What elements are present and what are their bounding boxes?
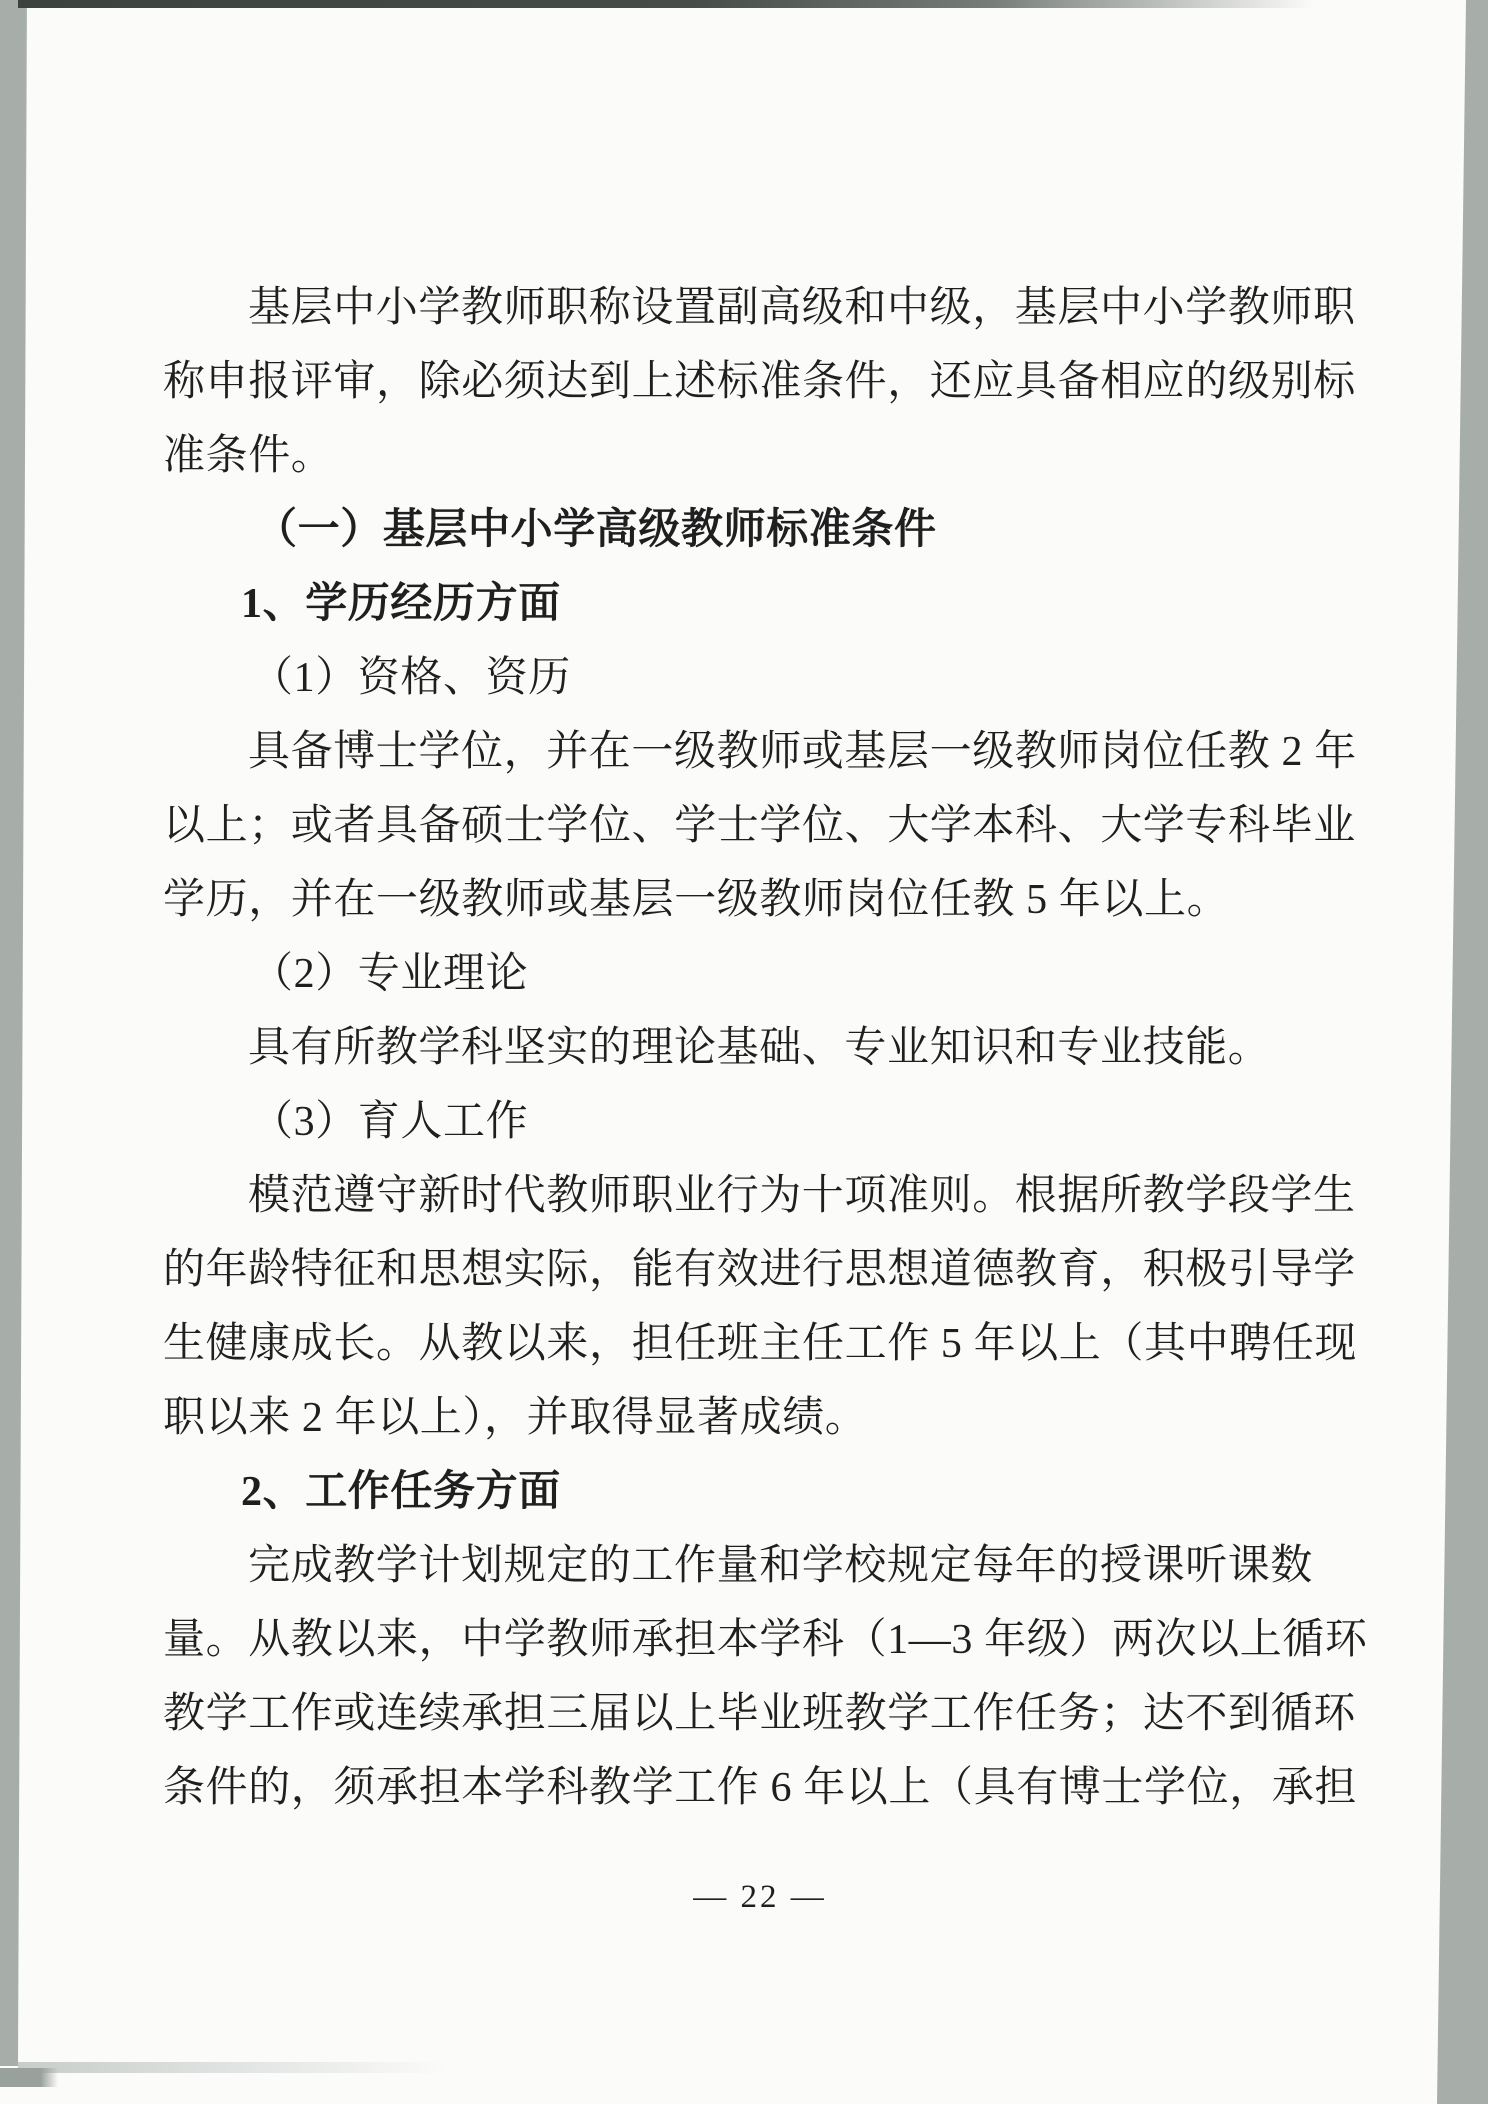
sub-heading: 1、学历经历方面 — [163, 567, 1318, 641]
document-body: 基层中小学教师职称设置副高级和中级，基层中小学教师职称申报评审，除必须达到上述标… — [163, 271, 1318, 1825]
section-heading: （一）基层中小学高级教师标准条件 — [163, 493, 1318, 567]
sub-heading: 2、工作任务方面 — [163, 1455, 1318, 1529]
body-text-line: 称申报评审，除必须达到上述标准条件，还应具备相应的级别标 — [163, 345, 1318, 419]
scan-edge-top — [18, 0, 1368, 8]
page-bottom-edge-shadow — [18, 2062, 448, 2073]
body-text-line: 准条件。 — [163, 419, 1318, 493]
item-heading: （1）资格、资历 — [163, 641, 1318, 715]
body-text-line: 条件的，须承担本学科教学工作 6 年以上（具有博士学位，承担 — [163, 1751, 1318, 1825]
body-text-line: 的年龄特征和思想实际，能有效进行思想道德教育，积极引导学 — [163, 1233, 1318, 1307]
body-text-line: 完成教学计划规定的工作量和学校规定每年的授课听课数 — [163, 1529, 1318, 1603]
body-text-line: 教学工作或连续承担三届以上毕业班教学工作任务；达不到循环 — [163, 1677, 1318, 1751]
item-heading: （2）专业理论 — [163, 937, 1318, 1011]
page-number: — 22 — — [0, 1872, 1488, 1922]
body-text-line: 具备博士学位，并在一级教师或基层一级教师岗位任教 2 年 — [163, 715, 1318, 789]
scan-edge-right — [1428, 0, 1488, 2104]
scan-artifact-bottom-left — [0, 2068, 58, 2087]
body-text-line: 量。从教以来，中学教师承担本学科（1—3 年级）两次以上循环 — [163, 1603, 1318, 1677]
body-text-line: 学历，并在一级教师或基层一级教师岗位任教 5 年以上。 — [163, 863, 1318, 937]
body-text-line: 模范遵守新时代教师职业行为十项准则。根据所教学段学生 — [163, 1159, 1318, 1233]
item-heading: （3）育人工作 — [163, 1085, 1318, 1159]
body-text-line: 职以来 2 年以上），并取得显著成绩。 — [163, 1381, 1318, 1455]
body-text-line: 具有所教学科坚实的理论基础、专业知识和专业技能。 — [163, 1011, 1318, 1085]
body-text-line: 以上；或者具备硕士学位、学士学位、大学本科、大学专科毕业 — [163, 789, 1318, 863]
body-text-line: 生健康成长。从教以来，担任班主任工作 5 年以上（其中聘任现 — [163, 1307, 1318, 1381]
scan-edge-left — [0, 0, 30, 2104]
body-text-line: 基层中小学教师职称设置副高级和中级，基层中小学教师职 — [163, 271, 1318, 345]
scanned-page: 基层中小学教师职称设置副高级和中级，基层中小学教师职称申报评审，除必须达到上述标… — [0, 0, 1488, 2104]
